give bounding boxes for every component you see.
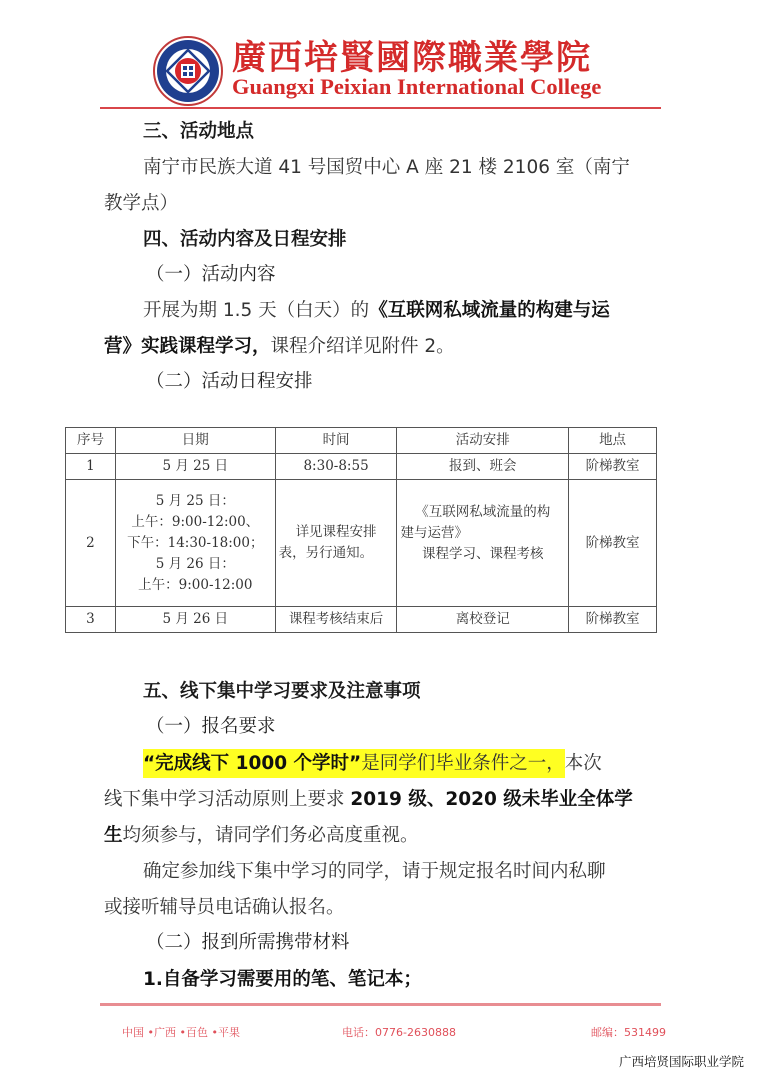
cell-date: 5 月 25 日 [115,454,275,480]
subsection-materials: （二）报到所需携带材料 [104,931,706,955]
college-name-cn: 廣西培賢國際職業學院 [232,30,592,79]
cell-time: 详见课程安排 表，另行通知。 [275,480,397,607]
subsection-schedule: （二）活动日程安排 [104,370,706,394]
table-row: 1 5 月 25 日 8:30-8:55 报到、班会 阶梯教室 [66,454,657,480]
time-line: 详见课程安排 [279,522,394,543]
cell-time: 8:30-8:55 [275,454,397,480]
footer-location: 中国 •广西 •百色 •平果 [122,1024,240,1040]
header-date: 日期 [115,428,275,454]
footer-divider [100,1003,661,1006]
address-line-1: 南宁市民族大道 41 号国贸中心 A 座 21 楼 2106 室（南宁 [104,156,703,180]
cell-no: 1 [66,454,116,480]
time-line: 表，另行通知。 [279,543,394,564]
footer-watermark: 广西培贤国际职业学院 [619,1052,744,1070]
cell-activity: 《互联网私域流量的构 建与运营》 课程学习、课程考核 [397,480,569,607]
table-header-row: 序号 日期 时间 活动安排 地点 [66,428,657,454]
table-row: 3 5 月 26 日 课程考核结束后 离校登记 阶梯教室 [66,607,657,633]
cell-place: 阶梯教室 [569,607,657,633]
materials-item-1: 1.自备学习需要用的笔、笔记本； [104,968,703,992]
attachment-note: 课程介绍详见附件 2。 [271,336,455,357]
cell-activity: 报到、班会 [397,454,569,480]
college-name-en: Guangxi Peixian International College [232,74,601,100]
schedule-table: 序号 日期 时间 活动安排 地点 1 5 月 25 日 8:30-8:55 报到… [65,427,657,633]
cell-activity: 离校登记 [397,607,569,633]
highlighted-condition: 是同学们毕业条件之一， [361,749,565,778]
requirement-continue: 本次 [565,753,602,774]
header-activity: 活动安排 [397,428,569,454]
section-3-heading: 三、活动地点 [104,120,703,144]
cell-no: 2 [66,480,116,607]
cell-time: 课程考核结束后 [275,607,397,633]
date-line: 下午：14:30-18:00； [119,533,272,554]
date-line: 上午：9:00-12:00 [119,575,272,596]
subsection-registration: （一）报名要求 [104,715,706,739]
college-emblem-icon [153,36,223,106]
cell-date: 5 月 26 日 [115,607,275,633]
required-grades-end: 生 [104,825,123,846]
activity-line: 课程学习、课程考核 [400,544,565,565]
address-line-2: 教学点） [104,192,664,216]
content-paragraph-line-2: 营》实践课程学习，课程介绍详见附件 2。 [104,335,664,359]
date-line: 5 月 26 日： [119,554,272,575]
course-title-part-2: 营》实践课程学习， [104,336,271,357]
cell-date: 5 月 25 日： 上午：9:00-12:00、 下午：14:30-18:00；… [115,480,275,607]
footer-phone: 电话：0776-2630888 [342,1024,456,1040]
section-4-heading: 四、活动内容及日程安排 [104,228,703,252]
content-paragraph-line-1: 开展为期 1.5 天（白天）的《互联网私域流量的构建与运 [104,299,703,323]
requirement-emphasis: 均须参与，请同学们务必高度重视。 [123,825,419,846]
header-no: 序号 [66,428,116,454]
header-divider [100,107,661,109]
required-grades: 2019 级、2020 级未毕业全体学 [350,789,632,810]
confirm-line-2: 或接听辅导员电话确认报名。 [104,896,664,920]
activity-line: 建与运营》 [400,523,565,544]
cell-place: 阶梯教室 [569,454,657,480]
table-row: 2 5 月 25 日： 上午：9:00-12:00、 下午：14:30-18:0… [66,480,657,607]
highlighted-requirement: “完成线下 1000 个学时” [143,749,361,778]
subsection-activity-content: （一）活动内容 [104,263,706,287]
date-line: 5 月 25 日： [119,491,272,512]
section-5-heading: 五、线下集中学习要求及注意事项 [104,680,703,704]
date-line: 上午：9:00-12:00、 [119,512,272,533]
content-intro: 开展为期 1.5 天（白天）的 [143,300,369,321]
requirement-line-1: “完成线下 1000 个学时”是同学们毕业条件之一，本次 [104,752,703,776]
activity-line: 《互联网私域流量的构 [400,502,565,523]
confirm-line-1: 确定参加线下集中学习的同学，请于规定报名时间内私聊 [104,860,703,884]
header-place: 地点 [569,428,657,454]
cell-place: 阶梯教室 [569,480,657,607]
requirement-text: 线下集中学习活动原则上要求 [104,789,345,810]
footer-postcode: 邮编：531499 [591,1024,666,1040]
course-title-part-1: 《互联网私域流量的构建与运 [369,300,610,321]
cell-no: 3 [66,607,116,633]
header-time: 时间 [275,428,397,454]
requirement-line-3: 生均须参与，请同学们务必高度重视。 [104,824,664,848]
requirement-line-2: 线下集中学习活动原则上要求 2019 级、2020 级未毕业全体学 [104,788,664,812]
